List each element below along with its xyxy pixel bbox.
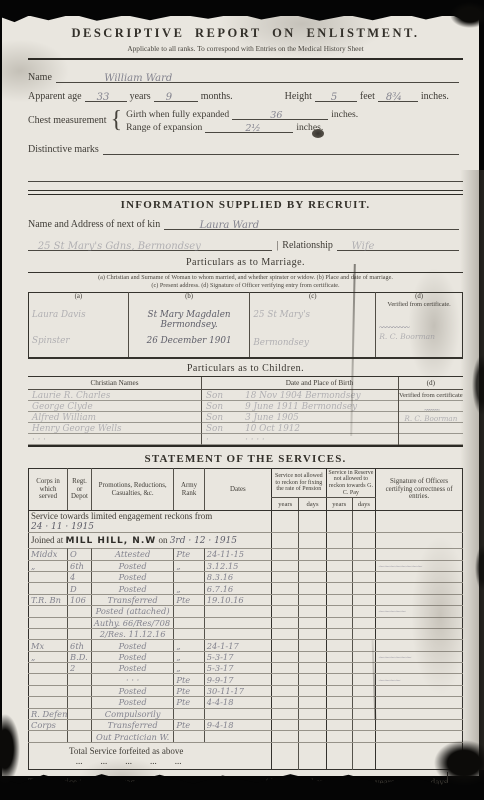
age-label: Apparent age [28,91,82,102]
header-rule [28,58,463,60]
svc-pension-days: days [299,498,326,511]
service-row: Posted Pte 30-11-17 [29,685,463,696]
child-name: Laurie R. Charles [32,391,110,401]
svc-col-reserve-group: Service in Reserve not allowed to reckon… [326,468,375,497]
service-row: Mx 6th Posted „ 24-1-17 [29,640,463,651]
service-row: Out Practician W. [29,731,463,742]
service-regt: O [70,549,77,559]
marriage-wife-cell: Laura Davis Spinster [29,309,129,358]
range-underline: 2½ [205,122,293,133]
service-rows: Middx O Attested Pte 24-11-15 „ 6th Post… [29,549,463,743]
child-birth: 3 June 1905 [245,413,299,423]
reckon-row: Service towards limited engagement recko… [29,511,463,533]
feet-label: feet [360,91,375,102]
marriage-col-a: (a) [29,292,129,309]
service-date: 6.7.16 [207,584,233,594]
services-table: Corps in which served Regt. or Depot Pro… [28,468,463,770]
marriage-col-d-sub: Verified from certificate. [387,301,450,308]
age-years-value: 33 [97,92,110,103]
service-corps: „ [31,561,35,571]
svc-col-signature: Signature of Officers certifying correct… [376,468,463,510]
service-regt: 6th [70,561,84,571]
service-event: · · · [126,675,139,685]
marriage-verify-cell: ~~~~~~~~~ R. C. Boorman [376,309,463,358]
service-event: Transferred [108,595,158,605]
marriage-address-cell: 25 St Mary's Bermondsey [250,309,376,358]
service-date: 9-9-17 [207,675,234,685]
range-label: Range of expansion [126,122,202,133]
children-header-row: Christian Names Date and Place of Birth … [28,377,463,390]
svc-col-dates: Dates [204,468,271,510]
forfeit-dots: ... ... ... ... ... [69,756,182,766]
range-value: 2½ [245,123,260,134]
marriage-note-2: (c) Present address. (d) Signature of Of… [28,282,463,290]
service-row: 4 Posted 8.3.16 [29,571,463,582]
service-event: Posted [119,663,147,673]
services-heading: STATEMENT OF THE SERVICES. [28,453,463,465]
service-date: 24-1-17 [207,641,239,651]
service-row: Authy. 66/Res/708 a [29,617,463,628]
svc-pension-years: years [272,498,299,511]
marriage-place-cell: St Mary Magdalen Bermondsey. 26 December… [128,309,250,358]
service-date: 4-4-18 [207,697,234,707]
age-height-field: Apparent age 33 years 9 months. Height 5… [28,91,463,102]
service-rank: Pte [176,675,190,685]
child-name: Henry George Wells [32,424,122,434]
marriage-col-d: (d) Verified from certificate. [376,292,463,309]
scan-blotch [472,355,484,415]
forfeit-row: Total Service forfeited as above ... ...… [29,742,463,769]
service-row: · · · Pte 9-9-17 ~~~~ [29,674,463,685]
service-rank: „ [176,561,180,571]
service-event: Out Practician W. [96,732,169,742]
service-regt: 2 [70,663,75,673]
marks-field: Distinctive marks [28,142,463,155]
scan-blotch [450,2,484,28]
age-months-value: 9 [166,92,172,103]
height-feet-underline: 5 [315,91,357,102]
nok-address-field: 25 St Mary's Gdns, Bermondsey | Relation… [28,238,463,251]
ink-blot [312,129,324,138]
service-event: Posted (attached) [96,606,170,616]
child-relation: Son [206,402,223,412]
service-event: Posted [119,584,147,594]
marks-extra-line [28,169,463,182]
children-verify-signature: R. C. Boorman [399,414,463,423]
children-table: Christian Names Date and Place of Birth … [28,376,463,447]
joined-label: Joined at [31,535,63,545]
service-date: 8.3.16 [207,572,233,582]
name-label: Name [28,72,52,83]
height-inches-value: 8¾ [386,92,402,103]
service-regt: B.D. [70,652,88,662]
marriage-rule [28,272,463,273]
service-row: „ B.D. Posted „ 5-3-17 ~~~~~~ [29,651,463,662]
service-event: Posted [119,686,147,696]
service-date: 24-11-15 [207,549,244,559]
recruit-heading: INFORMATION SUPPLIED BY RECRUIT. [28,199,463,211]
page-subtitle: Applicable to all ranks. To correspond w… [28,44,463,53]
reckon-value: 24 · 11 · 1915 [31,522,94,532]
child-birth: · · · · [245,435,265,445]
service-row: 2 Posted „ 5-3-17 [29,663,463,674]
service-date: 9-4-18 [207,720,234,730]
height-label: Height [285,91,312,102]
marks-underline [103,142,459,155]
children-heading: Particulars as to Children. [28,363,463,374]
service-regt: 106 [70,595,86,605]
nok-name-value: Laura Ward [200,220,260,231]
child-birth: 18 Nov 1904 Bermondsey [245,391,360,401]
service-row: T.R. Bn 106 Transferred Pte 19.10.16 [29,594,463,605]
reckon-label: Service towards limited engagement recko… [31,511,212,521]
service-rank: „ [176,652,180,662]
service-rank: Pte [176,697,190,707]
girth-unit: inches. [331,109,358,120]
marriage-heading: Particulars as to Marriage. [28,257,463,268]
right-edge-shading [460,170,484,770]
service-regt: 4 [70,572,75,582]
service-event: Transferred [108,720,158,730]
child-name: · · · [32,435,46,445]
chest-field: Chest measurement { Girth when fully exp… [28,107,463,134]
page-title: DESCRIPTIVE REPORT ON ENLISTMENT. [28,26,463,41]
service-event: Authy. 66/Res/708 a [94,618,174,628]
verify-scribble: ~~~~~~~~~ [378,322,410,332]
service-event: Posted [119,652,147,662]
scan-blotch [0,714,20,784]
children-col-d: (d) [398,377,463,390]
marriage-table: (a) (b) (c) (d) Verified from certificat… [28,292,463,359]
children-verify-cell: Verified from certificate ~~~~~~~ R. C. … [398,390,463,445]
service-row: Posted Pte 4-4-18 [29,697,463,708]
svc-col-pension-group: Service not allowed to reckon for fixing… [272,468,327,497]
svc-col-rank: Army Rank [174,468,204,510]
present-address-2: Bermondsey [253,338,372,348]
verify-signature: R. C. Boorman [379,332,459,341]
child-relation: Son [206,391,223,401]
service-rank: Pte [176,686,190,696]
service-signature: ~~~~~~~~ [377,561,423,571]
service-rank: „ [176,663,180,673]
service-date: 30-11-17 [207,686,244,696]
service-corps: Middx [31,549,57,559]
joined-row: Joined at MILL HILL, N.W on 3rd · 12 · 1… [29,533,463,549]
svc-reserve-days: days [352,498,375,511]
nok-label: Name and Address of next of kin [28,219,160,230]
child-name: George Clyde [32,402,93,412]
service-regt: D [70,584,77,594]
name-underline: William Ward [56,70,459,83]
service-signature: ~~~~ [377,675,401,685]
chest-label: Chest measurement [28,115,107,126]
girth-label: Girth when fully expanded [126,109,229,120]
relationship-value: Wife [352,241,375,252]
scan-blotch [475,545,484,591]
children-col-names: Christian Names [28,377,202,390]
child-birth: 9 June 1911 Bermondsey [245,402,357,412]
service-row: Middx O Attested Pte 24-11-15 [29,549,463,560]
marriage-col-c: (c) [250,292,376,309]
marks-label: Distinctive marks [28,144,99,155]
children-verify-scribble: ~~~~~~~ [423,407,439,414]
range-field: Range of expansion 2½ inches. [126,122,463,133]
joined-place-stamp: MILL HILL, N.W [66,536,157,546]
marriage-church: St Mary Magdalen [132,310,247,320]
service-rank: Pte [176,720,190,730]
svc-col-regt: Regt. or Depot [68,468,92,510]
nok-underline: Laura Ward [164,217,459,230]
relationship-underline: Wife [337,238,459,251]
child-relation: Son [206,413,223,423]
section-divider [28,190,463,195]
girth-field: Girth when fully expanded 36 inches. [126,109,463,120]
name-value: William Ward [104,73,172,84]
chest-brace: { [111,107,123,134]
service-event: Posted [119,641,147,651]
service-corps: Corps [31,720,56,730]
service-row: Posted (attached) ~~~~~ [29,606,463,617]
marriage-note-1: (a) Christian and Surname of Woman to wh… [28,274,463,282]
service-event: Posted [119,697,147,707]
wife-name: Laura Davis [32,310,125,320]
children-verified-label: Verified from certificate [399,392,463,399]
child-name: Alfred William [32,413,96,423]
years-label: years [130,91,151,102]
service-event: Posted [119,561,147,571]
marriage-town: Bermondsey. [132,320,247,330]
name-field: Name William Ward [28,70,463,83]
height-inches-underline: 8¾ [378,91,418,102]
forfeit-label: Total Service forfeited as above [69,746,183,756]
girth-underline: 36 [232,109,328,120]
nok-field: Name and Address of next of kin Laura Wa… [28,217,463,230]
service-event: Posted [119,572,147,582]
nok-address-value: 25 St Mary's Gdns, Bermondsey [38,241,201,252]
child-relation: · [206,435,209,445]
scan-blotch [434,740,484,786]
service-corps: T.R. Bn [31,595,61,605]
service-date: 19.10.16 [207,595,244,605]
age-months-underline: 9 [154,91,198,102]
service-event: Attested [115,549,150,559]
service-row: 2/Res. 11.12.16 [29,628,463,639]
age-years-underline: 33 [85,91,127,102]
service-row: „ 6th Posted „ 3.12.15 ~~~~~~~~ [29,560,463,571]
service-row: Corps Transferred Pte 9-4-18 [29,720,463,731]
svc-col-promotions: Promotions, Reductions, Casualties, &c. [91,468,173,510]
service-signature: ~~~~~~ [377,652,412,662]
service-corps: Mx [31,641,44,651]
service-date: 3.12.15 [207,561,239,571]
service-rank: „ [176,641,180,651]
service-corps: „ [31,652,35,662]
svc-col-corps: Corps in which served [29,468,68,510]
service-row: D Posted „ 6.7.16 [29,583,463,594]
service-rank: Pte [176,549,190,559]
relationship-label: Relationship [282,240,333,251]
nok-address-underline: 25 St Mary's Gdns, Bermondsey [28,238,272,251]
service-row: R. Defence Compulsorily [29,708,463,719]
service-signature: ~~~~~ [377,606,407,616]
child-birth: 10 Oct 1912 [245,424,300,434]
inches-label: inches. [421,91,449,102]
child-relation: Son [206,424,223,434]
service-event: Compulsorily [105,709,161,719]
service-date: 5-3-17 [207,652,234,662]
wife-status: Spinster [32,336,125,346]
months-label: months. [201,91,233,102]
joined-date: 3rd · 12 · 1915 [170,536,237,546]
svc-reserve-years: years [326,498,352,511]
marriage-col-b: (b) [128,292,250,309]
service-rank: „ [176,584,180,594]
children-col-birth: Date and Place of Birth [241,377,398,390]
service-regt: 6th [70,641,84,651]
paper-sheet: DESCRIPTIVE REPORT ON ENLISTMENT. Applic… [2,16,479,776]
service-rank: Pte [176,595,190,605]
height-feet-value: 5 [331,92,337,103]
joined-on-label: on [158,535,167,545]
service-corps: R. Defence [31,709,68,719]
service-date: 5-3-17 [207,663,234,673]
scanned-enlistment-form: { "colors": {"paper": "#e9e6df", "ink": … [0,0,484,800]
service-event: 2/Res. 11.12.16 [100,629,166,639]
marriage-date: 26 December 1901 [132,336,247,346]
girth-value: 36 [270,110,282,121]
